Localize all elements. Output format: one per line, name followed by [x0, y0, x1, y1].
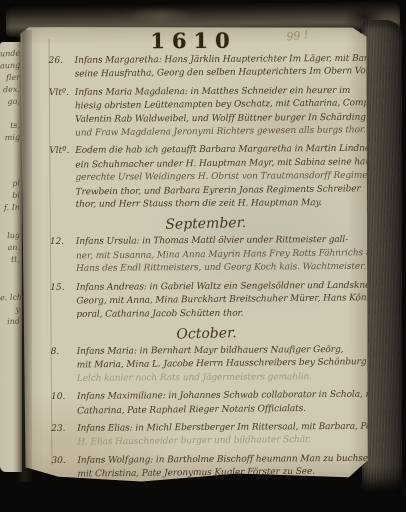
- record-line: poral, Catharina Jacob Schütten thor.: [76, 306, 369, 322]
- day-label: 8.: [51, 347, 73, 357]
- day-label: Vltº.: [49, 146, 71, 156]
- record-entry: 12. Infans Ursula: in Thomas Mattl ölvie…: [76, 234, 370, 276]
- day-label: 26.: [49, 56, 71, 66]
- record-line: Trewbein thor, und Barbara Eyrerin Jonas…: [75, 183, 369, 200]
- record-entry: 15. Infans Andreas: in Gabriel Waltz ein…: [76, 279, 369, 321]
- day-label: 15.: [50, 283, 72, 293]
- register-entries: 26. Infans Margaretha: Hans Järklin Haup…: [75, 53, 370, 483]
- day-label: 30.: [51, 456, 73, 466]
- photo-background: under aung fler dex. go, ts, mig pl bi f…: [0, 0, 406, 512]
- record-line: seine Hausfratha, Georg den selben Haupt…: [75, 65, 370, 82]
- record-entry: 23. Infans Elias: in Michl Eberstberger …: [77, 421, 369, 450]
- record-line: Catharina, Pate Raphael Rieger Notaris O…: [77, 402, 370, 419]
- record-entry: 30. Infans Wolfgang: in Bartholme Bischo…: [77, 452, 369, 481]
- day-label: 23.: [51, 424, 73, 434]
- manuscript-page: 1610 99 ! 26. Infans Margaretha: Hans Jä…: [20, 25, 369, 483]
- record-entry: Vltº. Infans Maria Magdalena: in Matthes…: [75, 85, 370, 141]
- record-line: Lelch kanier noch Rats und Jägermeisters…: [77, 370, 370, 386]
- year-heading: 1610: [150, 28, 237, 54]
- section-heading-october: October.: [76, 323, 336, 345]
- record-entry: Vltº. Eodem die hab ich getaufft Barbara…: [75, 143, 369, 212]
- day-label: Vltº.: [49, 88, 71, 98]
- page-header: 1610 99 !: [20, 27, 366, 55]
- page-number: 99 !: [286, 28, 309, 43]
- record-line: mit Christina, Pate Jeronymus Kugler För…: [77, 465, 369, 482]
- record-entry: 8. Infans Maria: in Bernhart Mayr bildha…: [77, 344, 370, 386]
- record-line: H. Elias Hauschneider burger und bildhau…: [77, 433, 369, 450]
- gutter-shadow: [16, 30, 32, 482]
- day-label: 12.: [50, 237, 72, 247]
- record-line: Hans des Endl Rittmeisters, und Georg Ko…: [76, 261, 370, 277]
- book-fore-edge: [362, 20, 402, 494]
- record-entry: 26. Infans Margaretha: Hans Järklin Haup…: [75, 53, 370, 82]
- section-heading-september: September.: [76, 213, 336, 235]
- day-label: 10.: [51, 392, 73, 402]
- record-entry: 10. Infans Maximiliane: in Johannes Schw…: [77, 389, 370, 418]
- record-line: und Fraw Magdalena Jeronymi Richters gew…: [75, 124, 370, 141]
